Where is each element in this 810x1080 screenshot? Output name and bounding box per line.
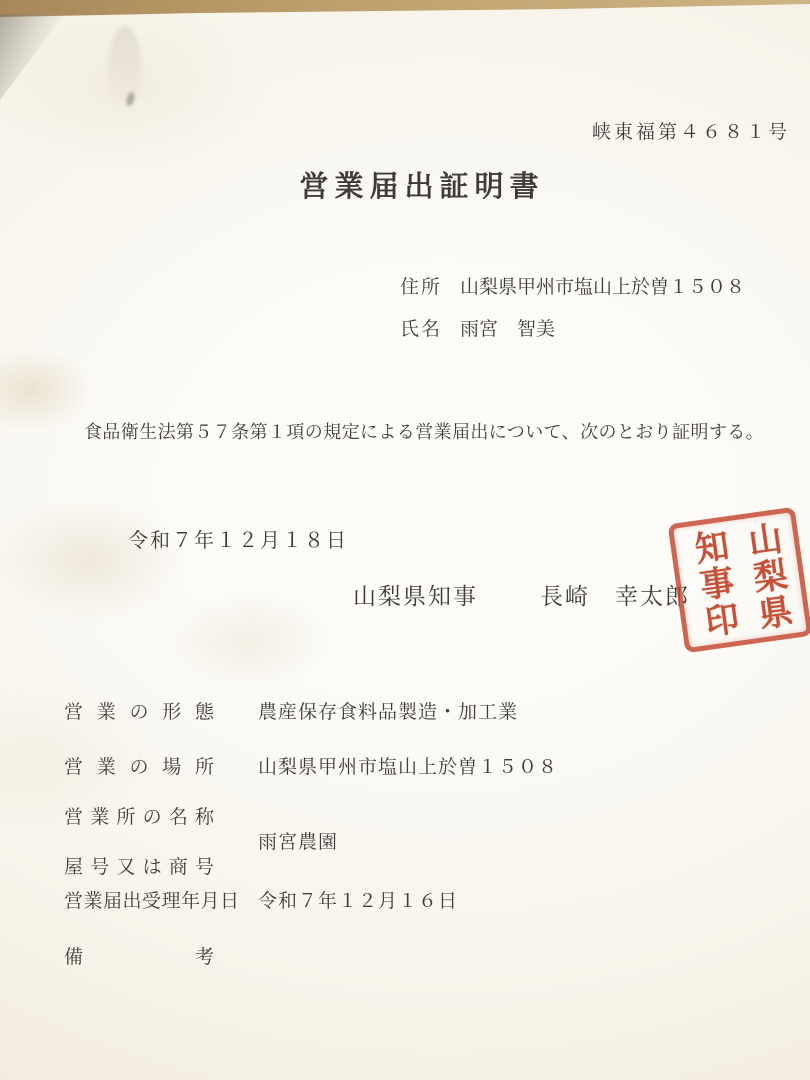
certificate-title: 営業届出証明書 <box>0 164 810 205</box>
seal-text-left-column: 知事印 <box>688 527 740 641</box>
field-value-business-type: 農産保存食料品製造・加工業 <box>258 697 518 724</box>
field-label-business-place: 営業の場所 <box>64 752 214 779</box>
field-label-remarks: 備考 <box>64 942 214 969</box>
address-label: 住所 <box>400 277 442 298</box>
seal-text: 山梨県 知事印 <box>679 518 801 642</box>
field-value-acceptance-date: 令和７年１２月１６日 <box>258 886 458 913</box>
field-label-business-name-line1: 営業所の名称 <box>64 802 214 829</box>
paper-crease <box>108 26 142 116</box>
issuer-name: 長崎 幸太郎 <box>540 584 690 609</box>
name-label: 氏名 <box>400 319 442 340</box>
applicant-name-row: 氏名雨宮 智美 <box>400 314 555 341</box>
issuer-line: 山梨県知事長崎 幸太郎 <box>353 578 690 611</box>
certification-statement: 食品衛生法第５７条第１項の規定による営業届出について、次のとおり証明する。 <box>84 418 764 444</box>
photographed-certificate: { "page": { "doc_number": "峡東福第４６８１号", "… <box>0 0 810 1080</box>
field-value-business-place: 山梨県甲州市塩山上於曽１５０８ <box>258 752 558 779</box>
document-number: 峡東福第４６８１号 <box>592 117 790 144</box>
field-value-business-name: 雨宮農園 <box>258 827 338 854</box>
field-label-business-name-line2: 屋号又は商号 <box>64 852 214 879</box>
field-label-acceptance-date: 営業届出受理年月日 <box>64 886 240 913</box>
seal-text-right-column: 山梨県 <box>741 519 793 633</box>
governor-seal-stamp: 山梨県 知事印 <box>668 507 810 654</box>
applicant-address-row: 住所山梨県甲州市塩山上於曽１５０８ <box>400 272 745 299</box>
issuer-title: 山梨県知事 <box>353 584 478 609</box>
issue-date: 令和７年１２月１８日 <box>128 524 348 553</box>
field-label-business-type: 営業の形態 <box>64 697 214 724</box>
address-value: 山梨県甲州市塩山上於曽１５０８ <box>460 277 745 298</box>
paper-corner-shadow <box>0 14 70 104</box>
name-value: 雨宮 智美 <box>460 319 555 340</box>
background-table-edge <box>0 0 810 22</box>
